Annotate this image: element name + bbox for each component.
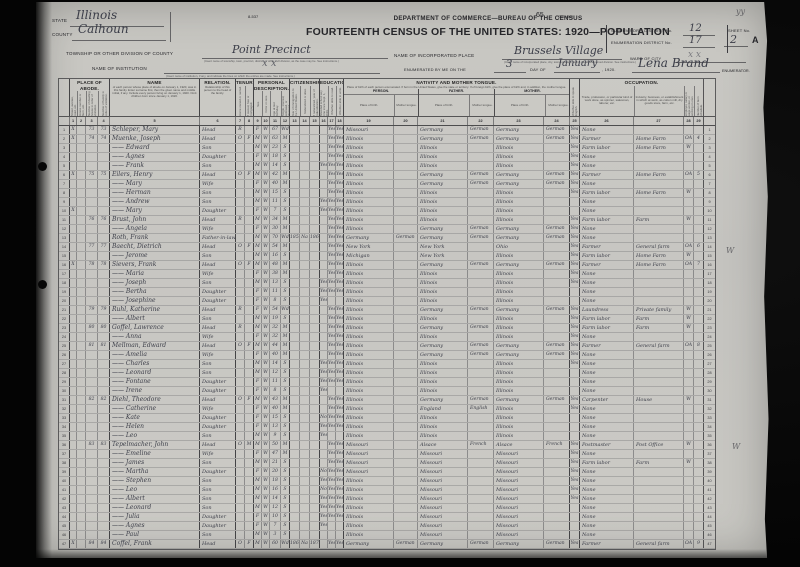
cell-father_tongue bbox=[467, 207, 493, 215]
cell-occupation: None bbox=[579, 297, 633, 305]
cell-family_number bbox=[97, 153, 109, 161]
cell-naturalized bbox=[299, 450, 309, 458]
cell-free_mortgaged bbox=[244, 126, 253, 134]
cell-street bbox=[69, 279, 76, 287]
cell-house_number bbox=[76, 261, 85, 269]
cell-birthplace: Illinois bbox=[343, 279, 393, 287]
census-sheet: 8-537 DEPARTMENT OF COMMERCE—BUREAU OF T… bbox=[36, 2, 770, 558]
cell-can_write: Yes bbox=[335, 153, 343, 161]
cell-can_write bbox=[335, 387, 343, 395]
table-row: 7—— MaryWifeFW40MYesYesIllinoisGermanyGe… bbox=[59, 180, 715, 189]
cell-name: —— Andrew bbox=[109, 198, 199, 206]
cell-age: 14 bbox=[269, 495, 280, 503]
table-row: 33—— KateDaughterFW15SNoYesYesIllinoisIl… bbox=[59, 414, 715, 423]
table-row: 12—— AngelaWifeFW30MYesYesIllinoisGerman… bbox=[59, 225, 715, 234]
cell-marital: M bbox=[280, 180, 289, 188]
cell-mother_tongue_mother bbox=[543, 477, 569, 485]
table-row: 238080Goffel, LawrenceHeadRMW32MYesYesIl… bbox=[59, 324, 715, 333]
cell-attended_school: No bbox=[319, 486, 327, 494]
cell-free_mortgaged bbox=[244, 297, 253, 305]
cell-mother_tongue bbox=[393, 162, 417, 170]
cell-sex: M bbox=[253, 189, 261, 197]
cell-owned_rented bbox=[235, 333, 244, 341]
cell-color: W bbox=[261, 126, 269, 134]
cell-can_write: Yes bbox=[335, 540, 343, 548]
cell-name: —— Anna bbox=[109, 333, 199, 341]
cell-farm_schedule bbox=[693, 288, 703, 296]
column-group-english: Whether able to speak English. bbox=[569, 79, 579, 116]
cell-age: 3 bbox=[269, 531, 280, 539]
cell-farm_schedule bbox=[693, 216, 703, 224]
cell-house_number bbox=[76, 441, 85, 449]
cell-sex: F bbox=[253, 297, 261, 305]
cell-naturalized bbox=[299, 468, 309, 476]
cell-occupation: Farm labor bbox=[579, 324, 633, 332]
cell-worker_class bbox=[683, 198, 693, 206]
column-group-name: NAMEof each person whose place of abode … bbox=[109, 79, 199, 116]
column-label: Number of farm schedule. bbox=[697, 86, 703, 117]
cell-relation: Daughter bbox=[199, 378, 235, 386]
table-row: 35—— LeoSonMW9SYesIllinoisIllinoisIllino… bbox=[59, 432, 715, 441]
cell-owned_rented bbox=[235, 234, 244, 242]
cell-owned_rented bbox=[235, 207, 244, 215]
cell-father_tongue: German bbox=[467, 306, 493, 314]
cell-occupation: None bbox=[579, 234, 633, 242]
cell-family_number bbox=[97, 162, 109, 170]
line-number: 41 bbox=[703, 486, 715, 494]
cell-can_read: Yes bbox=[327, 486, 335, 494]
line-number: 10 bbox=[59, 207, 69, 215]
cell-sex: F bbox=[253, 153, 261, 161]
cell-attended_school bbox=[319, 324, 327, 332]
column-label: Trade, profession, or particular kind of… bbox=[580, 96, 634, 106]
cell-farm_schedule bbox=[693, 333, 703, 341]
cell-dwelling_number bbox=[85, 198, 97, 206]
cell-name: —— Emeline bbox=[109, 450, 199, 458]
cell-industry bbox=[633, 486, 683, 494]
cell-worker_class bbox=[683, 360, 693, 368]
cell-father_tongue bbox=[467, 486, 493, 494]
cell-birthplace: Illinois bbox=[343, 513, 393, 521]
cell-sex: F bbox=[253, 306, 261, 314]
cell-farm_schedule bbox=[693, 459, 703, 467]
column-group-label: PERSONAL DESCRIPTION. bbox=[254, 79, 289, 91]
cell-age: 8 bbox=[269, 387, 280, 395]
cell-immigration_year bbox=[289, 144, 299, 152]
cell-father_tongue bbox=[467, 333, 493, 341]
cell-name: —— Angela bbox=[109, 225, 199, 233]
cell-farm_schedule bbox=[693, 234, 703, 242]
cell-name: —— Maria bbox=[109, 270, 199, 278]
cell-free_mortgaged bbox=[244, 153, 253, 161]
cell-speaks_english: Yes bbox=[569, 270, 579, 278]
line-number: 29 bbox=[703, 378, 715, 386]
cell-naturalization_year bbox=[309, 306, 319, 314]
cell-owned_rented bbox=[235, 369, 244, 377]
cell-can_read: Yes bbox=[327, 243, 335, 251]
cell-farm_schedule bbox=[693, 297, 703, 305]
table-row: 34—— HelenDaughterFW13SYesYesYesIllinois… bbox=[59, 423, 715, 432]
cell-birthplace: Illinois bbox=[343, 153, 393, 161]
column-label: Whether able to read. bbox=[331, 87, 334, 115]
cell-farm_schedule bbox=[693, 324, 703, 332]
column-header-cell: Mother tongue. bbox=[545, 95, 569, 116]
cell-house_number bbox=[76, 216, 85, 224]
cell-house_number bbox=[76, 171, 85, 179]
cell-naturalized bbox=[299, 333, 309, 341]
cell-family_number: 76 bbox=[97, 216, 109, 224]
cell-mother_birthplace: Illinois bbox=[493, 432, 543, 440]
cell-can_write: Yes bbox=[335, 261, 343, 269]
cell-marital: M bbox=[280, 441, 289, 449]
table-row: 6X7575Eilers, HenryHeadOFMW42MYesYesIlli… bbox=[59, 171, 715, 180]
cell-naturalization_year bbox=[309, 207, 319, 215]
cell-sex: M bbox=[253, 396, 261, 404]
cell-father_birthplace: Illinois bbox=[417, 216, 467, 224]
cell-color: W bbox=[261, 225, 269, 233]
column-number: 3 bbox=[85, 117, 97, 125]
cell-can_read bbox=[327, 432, 335, 440]
column-label: Single, married, widowed, or divorced. bbox=[282, 91, 289, 116]
cell-father_birthplace: Germany bbox=[417, 171, 467, 179]
cell-industry bbox=[633, 369, 683, 377]
column-number: 15 bbox=[309, 117, 319, 125]
cell-naturalized bbox=[299, 459, 309, 467]
cell-birthplace: Illinois bbox=[343, 504, 393, 512]
pencil-mark: W bbox=[732, 442, 740, 451]
cell-color: W bbox=[261, 522, 269, 530]
cell-can_read: Yes bbox=[327, 405, 335, 413]
cell-speaks_english: Yes bbox=[569, 216, 579, 224]
cell-father_birthplace: Illinois bbox=[417, 387, 467, 395]
cell-father_tongue bbox=[467, 243, 493, 251]
cell-speaks_english: Yes bbox=[569, 225, 579, 233]
cell-dwelling_number bbox=[85, 378, 97, 386]
cell-sex: F bbox=[253, 207, 261, 215]
cell-owned_rented bbox=[235, 225, 244, 233]
cell-marital: S bbox=[280, 513, 289, 521]
cell-color: W bbox=[261, 504, 269, 512]
cell-mother_birthplace: Alsace bbox=[493, 441, 543, 449]
cell-house_number bbox=[76, 279, 85, 287]
cell-family_number bbox=[97, 387, 109, 395]
cell-owned_rented bbox=[235, 180, 244, 188]
cell-owned_rented: O bbox=[235, 261, 244, 269]
cell-naturalization_year bbox=[309, 423, 319, 431]
cell-attended_school: No bbox=[319, 468, 327, 476]
cell-marital: S bbox=[280, 378, 289, 386]
cell-naturalized bbox=[299, 270, 309, 278]
line-number: 21 bbox=[703, 306, 715, 314]
cell-family_number bbox=[97, 180, 109, 188]
cell-father_birthplace: Germany bbox=[417, 324, 467, 332]
cell-color: W bbox=[261, 207, 269, 215]
cell-free_mortgaged bbox=[244, 306, 253, 314]
cell-house_number bbox=[76, 432, 85, 440]
cell-relation: Son bbox=[199, 369, 235, 377]
line-number: 37 bbox=[703, 450, 715, 458]
cell-father_tongue: German bbox=[467, 540, 493, 548]
cell-color: W bbox=[261, 135, 269, 143]
cell-name: Muenke, Joseph bbox=[109, 135, 199, 143]
cell-street bbox=[69, 288, 76, 296]
line-number: 39 bbox=[703, 468, 715, 476]
cell-farm_schedule bbox=[693, 189, 703, 197]
line-number: 7 bbox=[59, 180, 69, 188]
cell-mother_tongue: German bbox=[393, 234, 417, 242]
cell-family_number: 75 bbox=[97, 171, 109, 179]
cell-age: 40 bbox=[269, 405, 280, 413]
table-row: 20—— JosephineDaughterFW8SYesIllinoisIll… bbox=[59, 297, 715, 306]
cell-family_number bbox=[97, 513, 109, 521]
cell-farm_schedule bbox=[693, 207, 703, 215]
cell-worker_class: OA bbox=[683, 243, 693, 251]
cell-color: W bbox=[261, 513, 269, 521]
cell-father_birthplace: Illinois bbox=[417, 279, 467, 287]
cell-mother_birthplace: Missouri bbox=[493, 468, 543, 476]
cell-color: W bbox=[261, 360, 269, 368]
cell-father_tongue bbox=[467, 162, 493, 170]
line-number: 22 bbox=[703, 315, 715, 323]
cell-can_read bbox=[327, 522, 335, 530]
cell-mother_birthplace: Illinois bbox=[493, 324, 543, 332]
cell-age: 47 bbox=[269, 450, 280, 458]
cell-father_birthplace: Germany bbox=[417, 180, 467, 188]
cell-sex: F bbox=[253, 414, 261, 422]
cell-mother_tongue_mother bbox=[543, 531, 569, 539]
cell-father_birthplace: Missouri bbox=[417, 513, 467, 521]
cell-owned_rented: R bbox=[235, 216, 244, 224]
column-number: 14 bbox=[299, 117, 309, 125]
cell-owned_rented bbox=[235, 414, 244, 422]
cell-father_birthplace: Germany bbox=[417, 135, 467, 143]
cell-attended_school bbox=[319, 306, 327, 314]
cell-industry: Home Farm bbox=[633, 171, 683, 179]
cell-naturalized bbox=[299, 297, 309, 305]
cell-street bbox=[69, 180, 76, 188]
cell-farm_schedule bbox=[693, 369, 703, 377]
cell-mother_birthplace: Illinois bbox=[493, 387, 543, 395]
cell-sex: M bbox=[253, 369, 261, 377]
cell-attended_school bbox=[319, 180, 327, 188]
cell-mother_tongue bbox=[393, 297, 417, 305]
cell-mother_tongue_mother bbox=[543, 459, 569, 467]
cell-street bbox=[69, 396, 76, 404]
cell-sex: F bbox=[253, 288, 261, 296]
cell-immigration_year bbox=[289, 369, 299, 377]
cell-naturalized bbox=[299, 387, 309, 395]
cell-naturalization_year bbox=[309, 387, 319, 395]
cell-marital: M bbox=[280, 261, 289, 269]
cell-free_mortgaged bbox=[244, 369, 253, 377]
cell-farm_schedule bbox=[693, 387, 703, 395]
cell-industry bbox=[633, 351, 683, 359]
column-header-cell: If naturalized, year of naturalization. bbox=[310, 86, 319, 117]
line-number: 26 bbox=[59, 351, 69, 359]
cell-can_read: Yes bbox=[327, 369, 335, 377]
cell-street bbox=[69, 504, 76, 512]
cell-industry bbox=[633, 288, 683, 296]
cell-relation: Son bbox=[199, 315, 235, 323]
cell-attended_school bbox=[319, 333, 327, 341]
cell-owned_rented bbox=[235, 450, 244, 458]
cell-can_write: Yes bbox=[335, 414, 343, 422]
line-number: 15 bbox=[703, 252, 715, 260]
cell-father_tongue bbox=[467, 360, 493, 368]
cell-street bbox=[69, 153, 76, 161]
column-header-cell: Number of dwelling house in order of vis… bbox=[86, 91, 98, 116]
enumeration-day: 3 bbox=[506, 59, 512, 70]
cell-occupation: None bbox=[579, 423, 633, 431]
cell-farm_schedule: 8 bbox=[693, 342, 703, 350]
cell-can_write: Yes bbox=[335, 180, 343, 188]
cell-family_number bbox=[97, 495, 109, 503]
cell-naturalized bbox=[299, 135, 309, 143]
cell-family_number bbox=[97, 144, 109, 152]
cell-house_number bbox=[76, 360, 85, 368]
line-number: 17 bbox=[703, 270, 715, 278]
cell-naturalized bbox=[299, 288, 309, 296]
cell-attended_school bbox=[319, 135, 327, 143]
cell-birthplace: Germany bbox=[343, 234, 393, 242]
cell-mother_birthplace: Missouri bbox=[493, 486, 543, 494]
column-number: 7 bbox=[235, 117, 244, 125]
cell-family_number bbox=[97, 207, 109, 215]
cell-immigration_year bbox=[289, 324, 299, 332]
cell-can_write: Yes bbox=[335, 315, 343, 323]
cell-age: 9 bbox=[269, 432, 280, 440]
header-divider bbox=[170, 12, 171, 42]
cell-free_mortgaged bbox=[244, 315, 253, 323]
cell-sex: M bbox=[253, 216, 261, 224]
cell-mother_tongue bbox=[393, 477, 417, 485]
line-number: 9 bbox=[59, 198, 69, 206]
cell-owned_rented: R bbox=[235, 306, 244, 314]
cell-relation: Head bbox=[199, 540, 235, 548]
cell-attended_school bbox=[319, 216, 327, 224]
cell-naturalized bbox=[299, 414, 309, 422]
cell-immigration_year bbox=[289, 315, 299, 323]
column-number: 1 bbox=[69, 117, 76, 125]
cell-father_tongue bbox=[467, 504, 493, 512]
cell-owned_rented: O bbox=[235, 243, 244, 251]
cell-can_write: Yes bbox=[335, 306, 343, 314]
cell-immigration_year bbox=[289, 432, 299, 440]
cell-immigration_year bbox=[289, 126, 299, 134]
cell-dwelling_number bbox=[85, 225, 97, 233]
column-header-cell: Industry, business, or establishment in … bbox=[634, 86, 684, 117]
cell-house_number bbox=[76, 351, 85, 359]
cell-attended_school bbox=[319, 405, 327, 413]
cell-mother_tongue_mother bbox=[543, 468, 569, 476]
cell-industry bbox=[633, 450, 683, 458]
cell-birthplace: Illinois bbox=[343, 342, 393, 350]
cell-attended_school: Yes bbox=[319, 369, 327, 377]
cell-age: 32 bbox=[269, 333, 280, 341]
cell-birthplace: New York bbox=[343, 243, 393, 251]
cell-age: 13 bbox=[269, 423, 280, 431]
cell-street bbox=[69, 234, 76, 242]
cell-family_number bbox=[97, 189, 109, 197]
cell-mother_tongue_mother bbox=[543, 522, 569, 530]
cell-dwelling_number bbox=[85, 144, 97, 152]
cell-occupation: Carpenter bbox=[579, 396, 633, 404]
cell-name: —— Agnes bbox=[109, 153, 199, 161]
hole-punch bbox=[38, 162, 47, 171]
column-label: If owned, free or mortgaged. bbox=[247, 86, 253, 117]
cell-naturalized: Na bbox=[299, 234, 309, 242]
table-row: 4—— AgnesDaughterFW18SYesYesIllinoisIlli… bbox=[59, 153, 715, 162]
cell-immigration_year bbox=[289, 180, 299, 188]
county-blank-line bbox=[72, 39, 166, 41]
cell-sex: F bbox=[253, 225, 261, 233]
table-row: 37—— EmelineWifeFW47MYesYesMissouriMisso… bbox=[59, 450, 715, 459]
cell-age: 63 bbox=[269, 135, 280, 143]
cell-naturalized bbox=[299, 441, 309, 449]
cell-naturalized bbox=[299, 342, 309, 350]
cell-farm_schedule bbox=[693, 477, 703, 485]
cell-owned_rented bbox=[235, 468, 244, 476]
cell-mother_tongue_mother: German bbox=[543, 171, 569, 179]
line-number: 16 bbox=[59, 261, 69, 269]
cell-attended_school bbox=[319, 270, 327, 278]
cell-family_number bbox=[97, 522, 109, 530]
cell-family_number bbox=[97, 360, 109, 368]
cell-dwelling_number: 80 bbox=[85, 324, 97, 332]
cell-birthplace: Illinois bbox=[343, 144, 393, 152]
table-row: 217979Ruhl, KatherineHeadRFW54WdYesYesIl… bbox=[59, 306, 715, 315]
cell-farm_schedule bbox=[693, 495, 703, 503]
cell-family_number bbox=[97, 315, 109, 323]
cell-mother_tongue_mother bbox=[543, 198, 569, 206]
cell-mother_tongue bbox=[393, 459, 417, 467]
cell-dwelling_number: 82 bbox=[85, 396, 97, 404]
cell-relation: Son bbox=[199, 459, 235, 467]
cell-naturalization_year bbox=[309, 270, 319, 278]
cell-naturalization_year bbox=[309, 450, 319, 458]
cell-can_write: Yes bbox=[335, 477, 343, 485]
cell-father_birthplace: Illinois bbox=[417, 153, 467, 161]
cell-name: —— Stephen bbox=[109, 477, 199, 485]
column-header-cell: Naturalized or alien. bbox=[300, 86, 310, 117]
hole-punch bbox=[38, 280, 47, 289]
cell-naturalized bbox=[299, 396, 309, 404]
cell-occupation: None bbox=[579, 522, 633, 530]
cell-sex: F bbox=[253, 513, 261, 521]
cell-naturalization_year bbox=[309, 351, 319, 359]
cell-relation: Wife bbox=[199, 351, 235, 359]
cell-street bbox=[69, 369, 76, 377]
cell-free_mortgaged bbox=[244, 207, 253, 215]
cell-worker_class bbox=[683, 531, 693, 539]
cell-immigration_year bbox=[289, 342, 299, 350]
column-number: 5 bbox=[109, 117, 199, 125]
cell-speaks_english: Yes bbox=[569, 495, 579, 503]
cell-name: —— Leo bbox=[109, 432, 199, 440]
cell-occupation: None bbox=[579, 477, 633, 485]
cell-worker_class: W bbox=[683, 441, 693, 449]
cell-father_birthplace: Illinois bbox=[417, 207, 467, 215]
cell-free_mortgaged: M bbox=[244, 441, 253, 449]
table-row: 39—— MarthaDaughterFW20SNoYesYesMissouri… bbox=[59, 468, 715, 477]
cell-family_number: 81 bbox=[97, 342, 109, 350]
cell-relation: Son bbox=[199, 279, 235, 287]
cell-dwelling_number: 81 bbox=[85, 342, 97, 350]
cell-father_tongue bbox=[467, 198, 493, 206]
cell-mother_tongue_mother bbox=[543, 189, 569, 197]
cell-marital: S bbox=[280, 423, 289, 431]
cell-farm_schedule bbox=[693, 279, 703, 287]
